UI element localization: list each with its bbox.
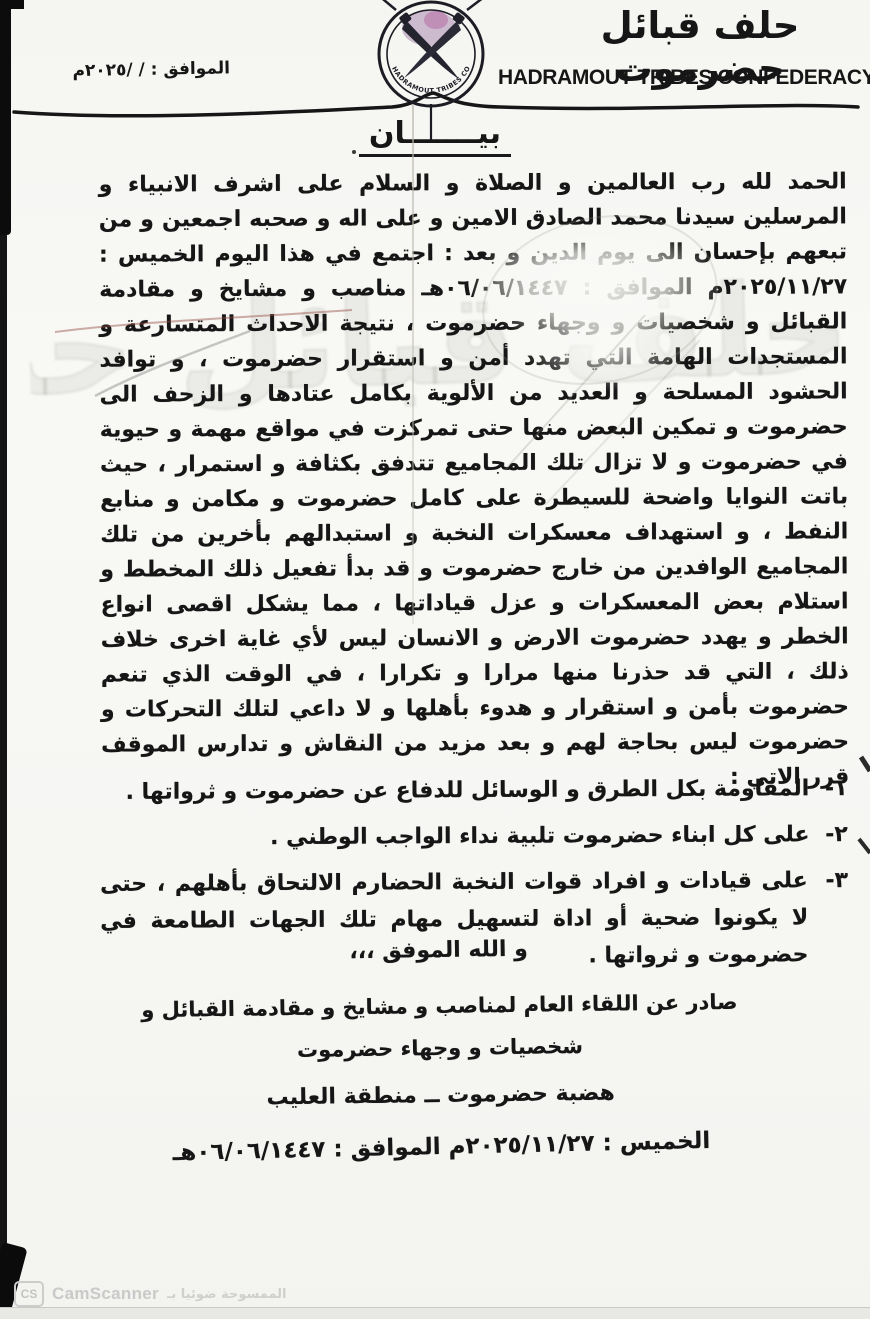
scan-bottom-strip	[0, 1307, 870, 1319]
resolution-number: ٣-	[825, 868, 848, 893]
closing-block: و الله الموفق ،،، صادر عن اللقاء العام ل…	[58, 933, 821, 1166]
scanned-document-page: حلف قبائل حضرموت الموافق : / /٢٠٢٥م حلف …	[0, 0, 870, 1319]
location-line: هضبة حضرموت ــ منطقة العليب	[61, 1078, 821, 1114]
org-name-english: HADRAMOUT TRIBES CONFEDERACY	[498, 66, 866, 90]
resolution-number: ١-	[825, 776, 848, 801]
scan-corner-top-left	[0, 0, 24, 9]
faded-stamp-area	[520, 296, 690, 392]
stray-ink-dot	[352, 150, 356, 154]
camscanner-arabic-label: الممسوحة ضوئيا بـ	[167, 1287, 287, 1302]
header-date-field: الموافق : / /٢٠٢٥م	[40, 58, 230, 81]
camscanner-badge-icon: CS	[14, 1281, 44, 1307]
resolution-text: على كل ابناء حضرموت تلبية نداء الواجب ال…	[270, 822, 810, 850]
document-title-row: بيـــــــان	[0, 116, 870, 157]
camscanner-watermark: CS CamScanner الممسوحة ضوئيا بـ	[14, 1282, 287, 1306]
scan-edge-left-top	[0, 0, 11, 235]
issued-by-line: صادر عن اللقاء العام لمناصب و مشايخ و مق…	[109, 980, 770, 1073]
resolution-text: المقاومة بكل الطرق و الوسائل للدفاع عن ح…	[126, 776, 810, 805]
camscanner-app-name: CamScanner	[52, 1284, 159, 1304]
resolution-number: ٢-	[825, 822, 848, 847]
resolution-item: ١- المقاومة بكل الطرق و الوسائل للدفاع ع…	[99, 770, 847, 811]
vertical-fold-crease	[412, 104, 414, 624]
document-title: بيـــــــان	[359, 116, 511, 157]
final-date-line: الخميس : ٢٠٢٥/١١/٢٧م الموافق : ٠٦/٠٦/١٤٤…	[61, 1125, 821, 1168]
resolution-item: ٢- على كل ابناء حضرموت تلبية نداء الواجب…	[100, 816, 848, 857]
